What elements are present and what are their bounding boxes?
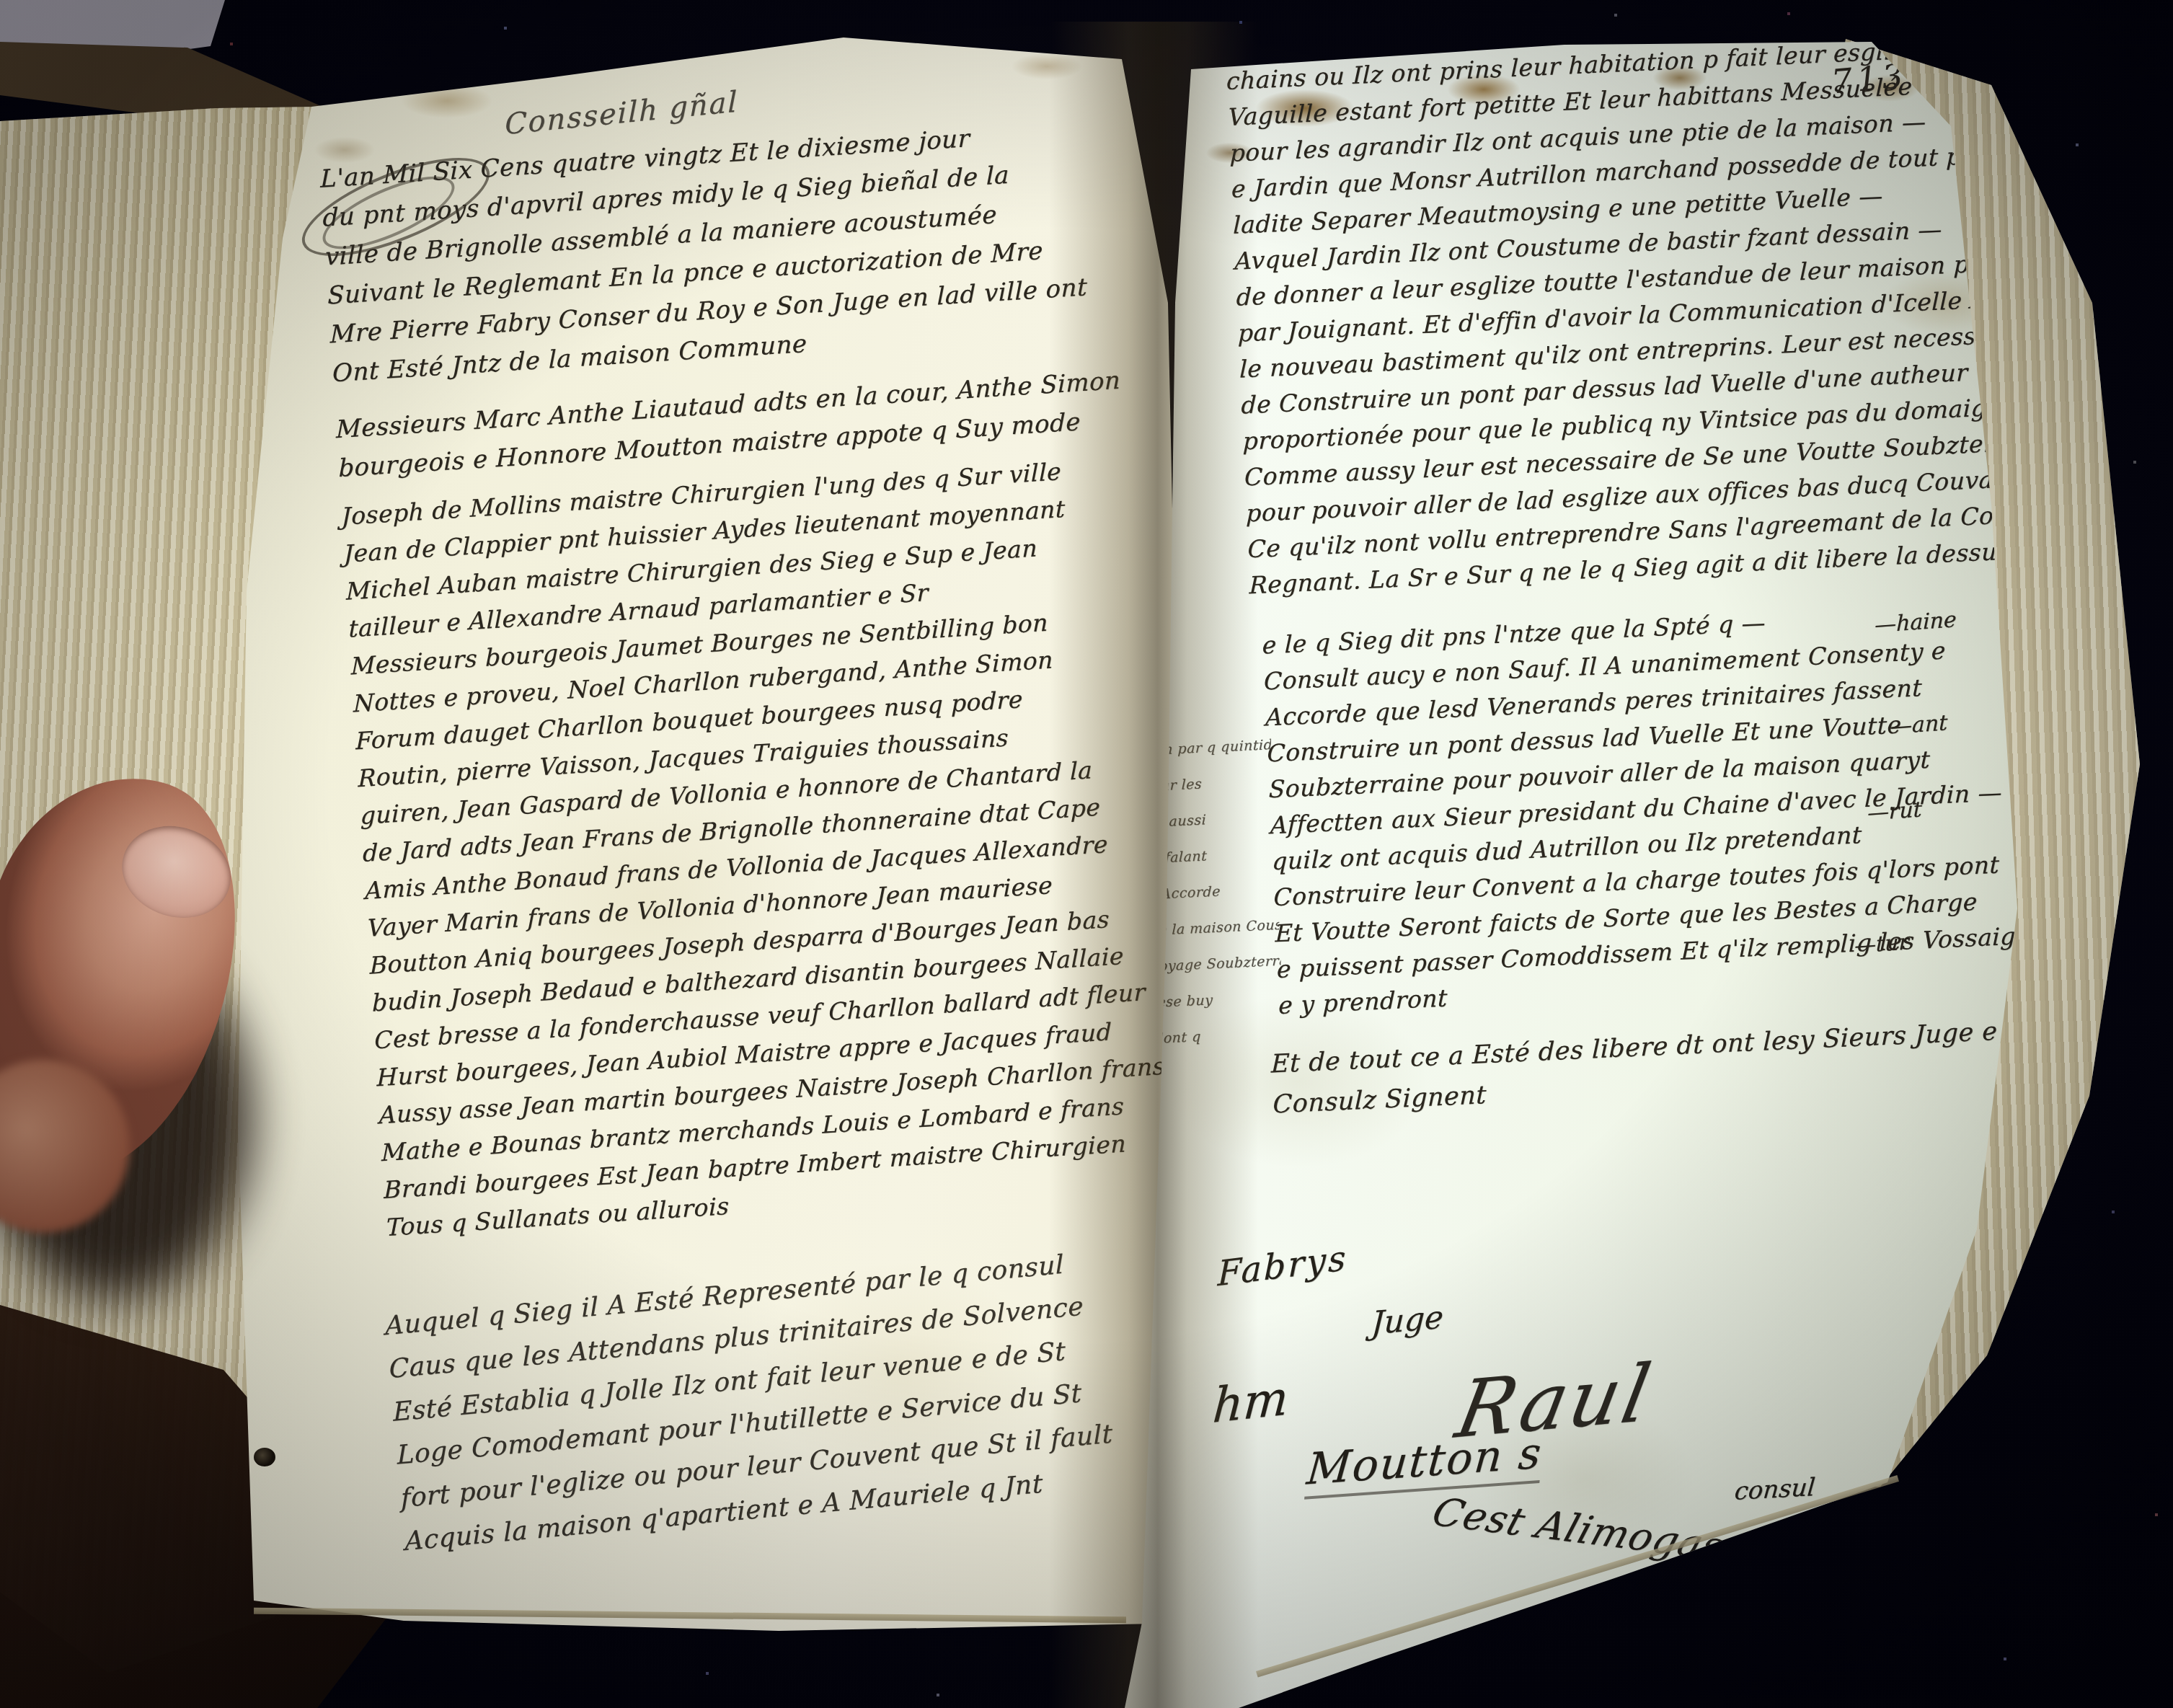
edge-text-fragment: —tur — [1854, 929, 1909, 958]
manuscript-photo: Consseilh gñal L'an Mil Six Cens quatre … — [0, 0, 2173, 1708]
edge-text-fragment: —rut — [1867, 797, 1922, 826]
edge-text-fragment: —haine — [1875, 607, 1957, 638]
fore-edge-text-fragments: —haine—ant—rut—tur — [0, 0, 2173, 1708]
edge-text-fragment: —ant — [1890, 710, 1948, 740]
